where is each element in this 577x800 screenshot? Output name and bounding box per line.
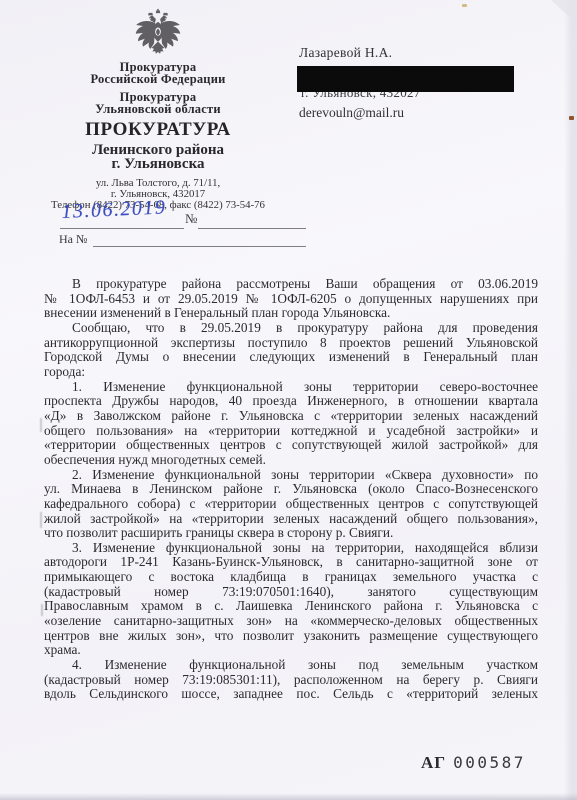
- body-line: Православным храмом в с. Лаишевка Ленинс…: [44, 599, 538, 614]
- recipient-name: Лазаревой Н.А.: [299, 45, 539, 61]
- stamp-number: 000587: [453, 753, 526, 772]
- body-line: 4. Изменение функциональной зоны под зем…: [44, 658, 538, 673]
- scanner-edge-bottom: [0, 793, 577, 800]
- org-district: Ленинского района: [40, 143, 276, 157]
- body-line: примыкающего с востока кладбища в границ…: [44, 570, 538, 585]
- body-paragraph: 1. Изменение функциональной зоны террито…: [44, 380, 538, 468]
- body-line: проспекта Дружбы народов, 40 проезда Инж…: [44, 394, 538, 409]
- body-paragraph: 4. Изменение функциональной зоны под зем…: [44, 658, 538, 702]
- body-line: кафедрального собора) с «территории обще…: [44, 497, 538, 512]
- body-paragraph: 2. Изменение функциональной зоны террито…: [44, 468, 538, 541]
- body-line: «Д» в Заволжском районе г. Ульяновска с …: [44, 409, 538, 424]
- body-line: «озеление санитарно-защитных зон» на «ко…: [44, 614, 538, 629]
- scanner-edge-right: [564, 0, 577, 800]
- reply-number-label: На №: [59, 232, 87, 247]
- body-line: (кадастровый номер 73:19:070501:1640), з…: [44, 585, 538, 600]
- body-line: антикоррупционной экспертизы поступило 8…: [44, 336, 538, 351]
- body-line: № 1ОФЛ-6453 и от 29.05.2019 № 1ОФЛ-6205 …: [44, 292, 538, 307]
- body-line: центров вне жилых зон», что позволит уза…: [44, 629, 538, 644]
- body-line: 1. Изменение функциональной зоны террито…: [44, 380, 538, 395]
- body-line: храма.: [44, 643, 538, 658]
- scan-smudge: [40, 418, 42, 432]
- body-line: обеспечения нужд многодетных семей.: [44, 453, 538, 468]
- body-paragraph: В прокуратуре района рассмотрены Ваши об…: [44, 277, 538, 321]
- number-underline: [198, 228, 306, 229]
- body-line: автодороги 1Р-241 Казань-Буинск-Ульяновс…: [44, 555, 538, 570]
- body-line: города:: [44, 365, 538, 380]
- body-line: внесении изменений в Генеральный план го…: [44, 306, 538, 321]
- handwritten-date: 13.06.2019: [61, 196, 167, 224]
- body-line: Сообщаю, что в 29.05.2019 в прокуратуру …: [44, 321, 538, 336]
- body-line: общего пользования» на «территории котте…: [44, 424, 538, 439]
- org-title: ПРОКУРАТУРА: [40, 121, 276, 139]
- redaction-box: [297, 66, 514, 92]
- reply-number-underline: [93, 246, 306, 247]
- body-paragraph: 3. Изменение функциональной зоны на терр…: [44, 541, 538, 658]
- body-line: Городской Думы о внесении следующих изме…: [44, 350, 538, 365]
- scan-smudge: [41, 604, 43, 616]
- body-line: ул. Минаева в Ленинском районе г. Ульяно…: [44, 482, 538, 497]
- body-line: «территории общественных центров с сопут…: [44, 438, 538, 453]
- body-line: 3. Изменение функциональной зоны на терр…: [44, 541, 538, 556]
- scan-smudge: [40, 512, 42, 528]
- org-name-line: Ульяновской области: [40, 104, 276, 116]
- org-name-line: Российской Федерации: [40, 74, 276, 86]
- org-city: г. Ульяновска: [40, 157, 276, 171]
- body-line: жилой застройкой» на «территории зеленых…: [44, 512, 538, 527]
- body-line: что позволит расширить границы сквера в …: [44, 526, 538, 541]
- russia-coat-of-arms-icon: [40, 8, 276, 60]
- body-line: вдоль Сельдинского шоссе, западнее пос. …: [44, 687, 538, 702]
- body-paragraph: Сообщаю, что в 29.05.2019 в прокуратуру …: [44, 321, 538, 380]
- form-number-stamp: АГ000587: [421, 753, 526, 773]
- letterhead: Прокуратура Российской Федерации Прокура…: [40, 8, 276, 212]
- scanned-letter-page: Прокуратура Российской Федерации Прокура…: [0, 0, 577, 800]
- body-line: В прокуратуре района рассмотрены Ваши об…: [44, 277, 538, 292]
- body-text: В прокуратуре района рассмотрены Ваши об…: [44, 277, 538, 702]
- paper-speck: [462, 4, 467, 7]
- body-line: (кадастровый номер 73:19:085301:11), рас…: [44, 673, 538, 688]
- recipient-block: Лазаревой Н.А. г. Ульяновск, 432027 dere…: [299, 45, 539, 121]
- body-line: 2. Изменение функциональной зоны террито…: [44, 468, 538, 483]
- date-underline: [60, 228, 184, 229]
- recipient-email: derevouln@mail.ru: [299, 105, 404, 121]
- stamp-series: АГ: [421, 753, 446, 772]
- number-label: №: [185, 211, 197, 227]
- paper-speck: [569, 116, 574, 120]
